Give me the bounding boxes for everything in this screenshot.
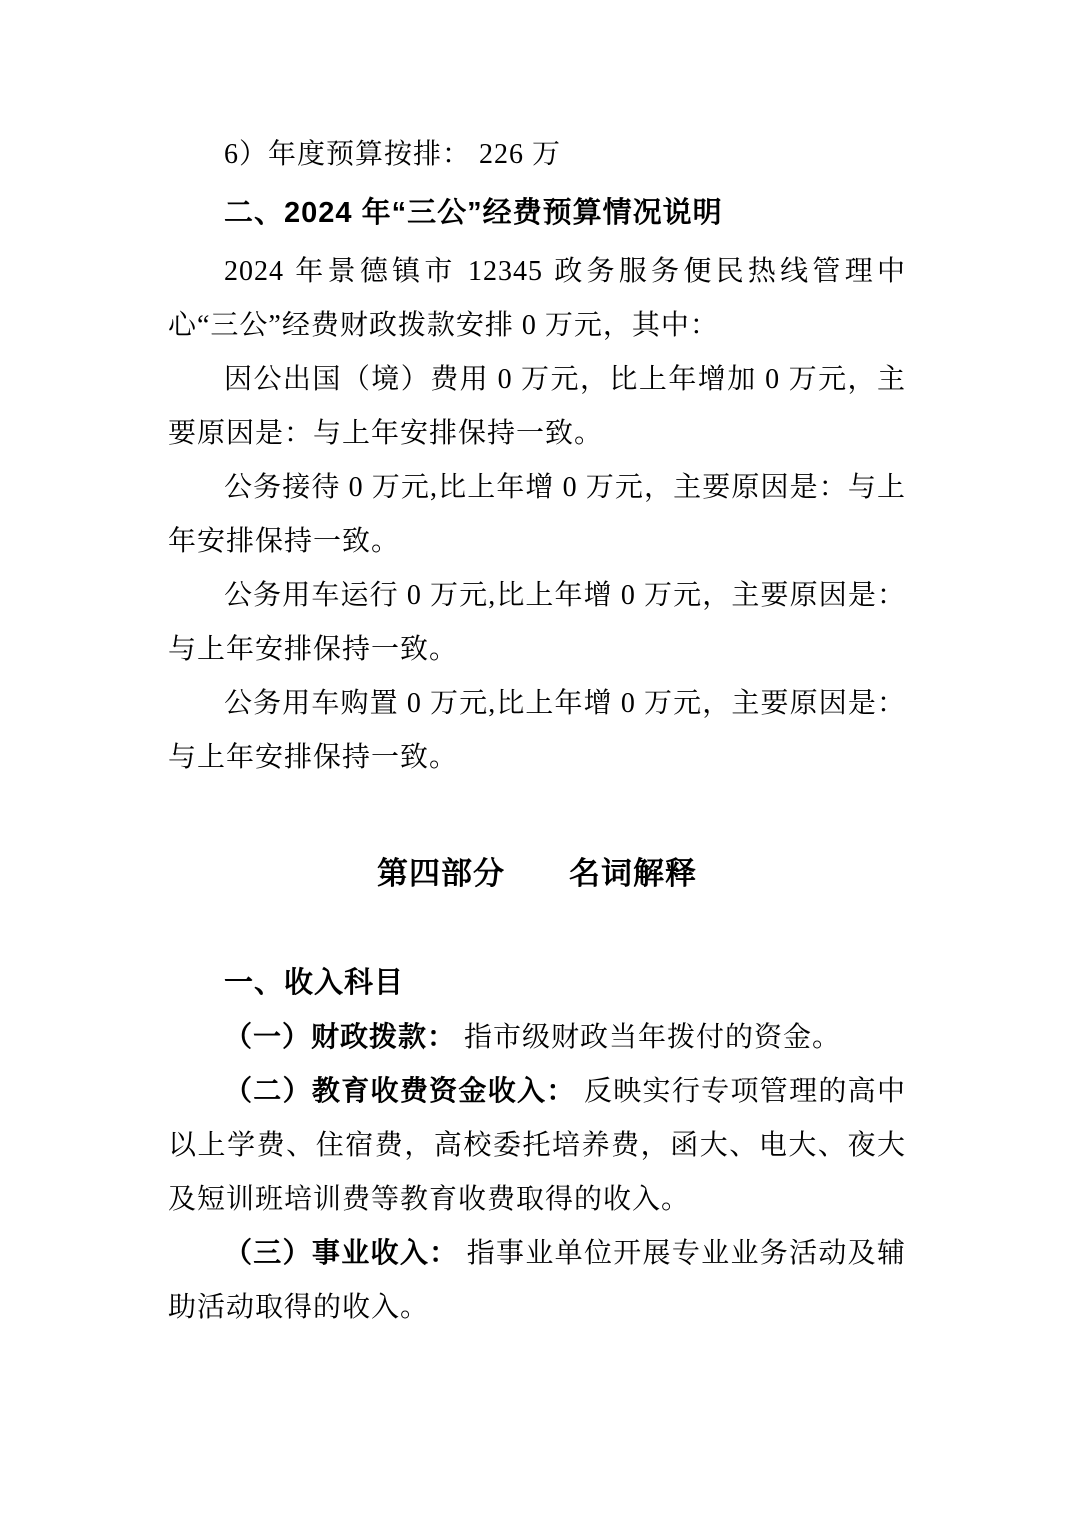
paragraph-official-reception: 公务接待 0 万元,比上年增 0 万元，主要原因是：与上年安排保持一致。 xyxy=(168,461,906,569)
paragraph-official-vehicle-operation: 公务用车运行 0 万元,比上年增 0 万元，主要原因是：与上年安排保持一致。 xyxy=(168,569,906,677)
paragraph-official-vehicle-purchase: 公务用车购置 0 万元,比上年增 0 万元，主要原因是：与上年安排保持一致。 xyxy=(168,677,906,785)
definition-education-fee-income-term: （二）教育收费资金收入： xyxy=(224,1076,576,1107)
definition-operational-income: （三）事业收入： 指事业单位开展专业业务活动及辅助活动取得的收入。 xyxy=(168,1227,906,1335)
line-annual-budget: 6）年度预算按排： 226 万 xyxy=(168,128,906,182)
definition-fiscal-appropriation-term: （一）财政拨款： xyxy=(224,1022,456,1053)
paragraph-three-public-total: 2024 年景德镇市 12345 政务服务便民热线管理中心“三公”经费财政拨款安… xyxy=(168,245,906,353)
paragraph-overseas-travel: 因公出国（境）费用 0 万元，比上年增加 0 万元，主要原因是：与上年安排保持一… xyxy=(168,353,906,461)
section-title-part4-glossary: 第四部分 名词解释 xyxy=(168,847,906,901)
definition-fiscal-appropriation-text: 指市级财政当年拨付的资金。 xyxy=(456,1022,841,1053)
definition-fiscal-appropriation: （一）财政拨款： 指市级财政当年拨付的资金。 xyxy=(168,1011,906,1065)
subheading-income-categories: 一、收入科目 xyxy=(168,955,906,1011)
definition-operational-income-term: （三）事业收入： xyxy=(224,1238,458,1269)
definition-education-fee-income: （二）教育收费资金收入： 反映实行专项管理的高中以上学费、住宿费，高校委托培养费… xyxy=(168,1065,906,1227)
heading-2024-three-public-expenses: 二、2024 年“三公”经费预算情况说明 xyxy=(168,185,906,242)
document-page: 6）年度预算按排： 226 万 二、2024 年“三公”经费预算情况说明 202… xyxy=(0,0,1074,1520)
